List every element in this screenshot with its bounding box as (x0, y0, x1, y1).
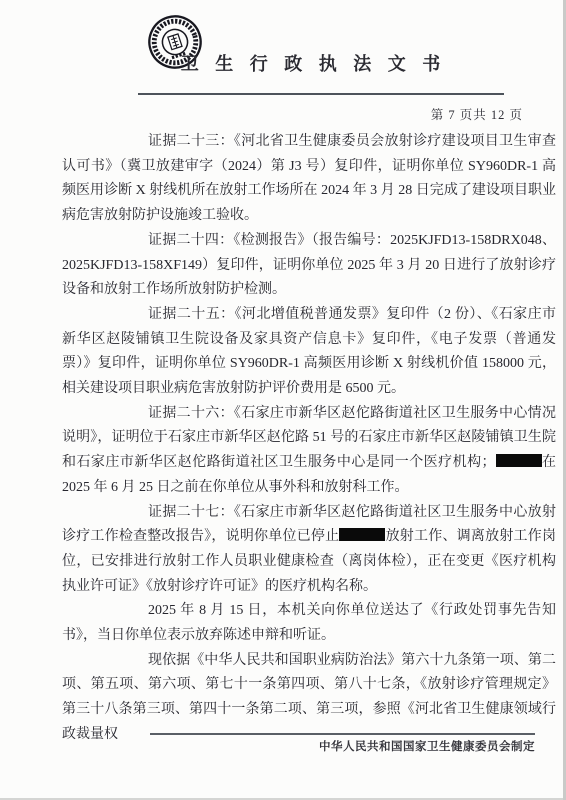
document-title: 卫 生 行 政 执 法 文 书 (30, 50, 566, 76)
redaction-black-bar (496, 454, 542, 467)
paragraph: 证据二十五：《河北增值税普通发票》复印件（2 份）、《石家庄市新华区赵陵铺镇卫生… (62, 303, 556, 402)
header-divider (138, 93, 504, 95)
document-page: 卫 生 行 政 执 法 文 书 第 7 页共 12 页 证据二十三：《河北省卫生… (0, 0, 566, 800)
paragraph: 证据二十七：《石家庄市新华区赵佗路街道社区卫生服务中心放射诊疗工作检查整改报告》… (62, 501, 556, 600)
paragraph: 证据二十三：《河北省卫生健康委员会放射诊疗建设项目卫生审查认可书》（冀卫放建审字… (62, 130, 556, 229)
document-body: 证据二十三：《河北省卫生健康委员会放射诊疗建设项目卫生审查认可书》（冀卫放建审字… (62, 130, 556, 748)
paragraph: 证据二十四：《检测报告》（报告编号：2025KJFD13-158DRX048、2… (62, 229, 556, 303)
redaction-black-bar (339, 528, 385, 541)
paragraph: 证据二十六：《石家庄市新华区赵佗路街道社区卫生服务中心情况说明》，证明位于石家庄… (62, 402, 556, 501)
page-number: 第 7 页共 12 页 (431, 105, 523, 123)
footer-divider (150, 733, 535, 735)
paragraph: 2025 年 8 月 15 日，本机关向你单位送达了《行政处罚事先告知书》，当日… (62, 599, 556, 648)
footer-issuer: 中华人民共和国国家卫生健康委员会制定 (319, 738, 535, 754)
